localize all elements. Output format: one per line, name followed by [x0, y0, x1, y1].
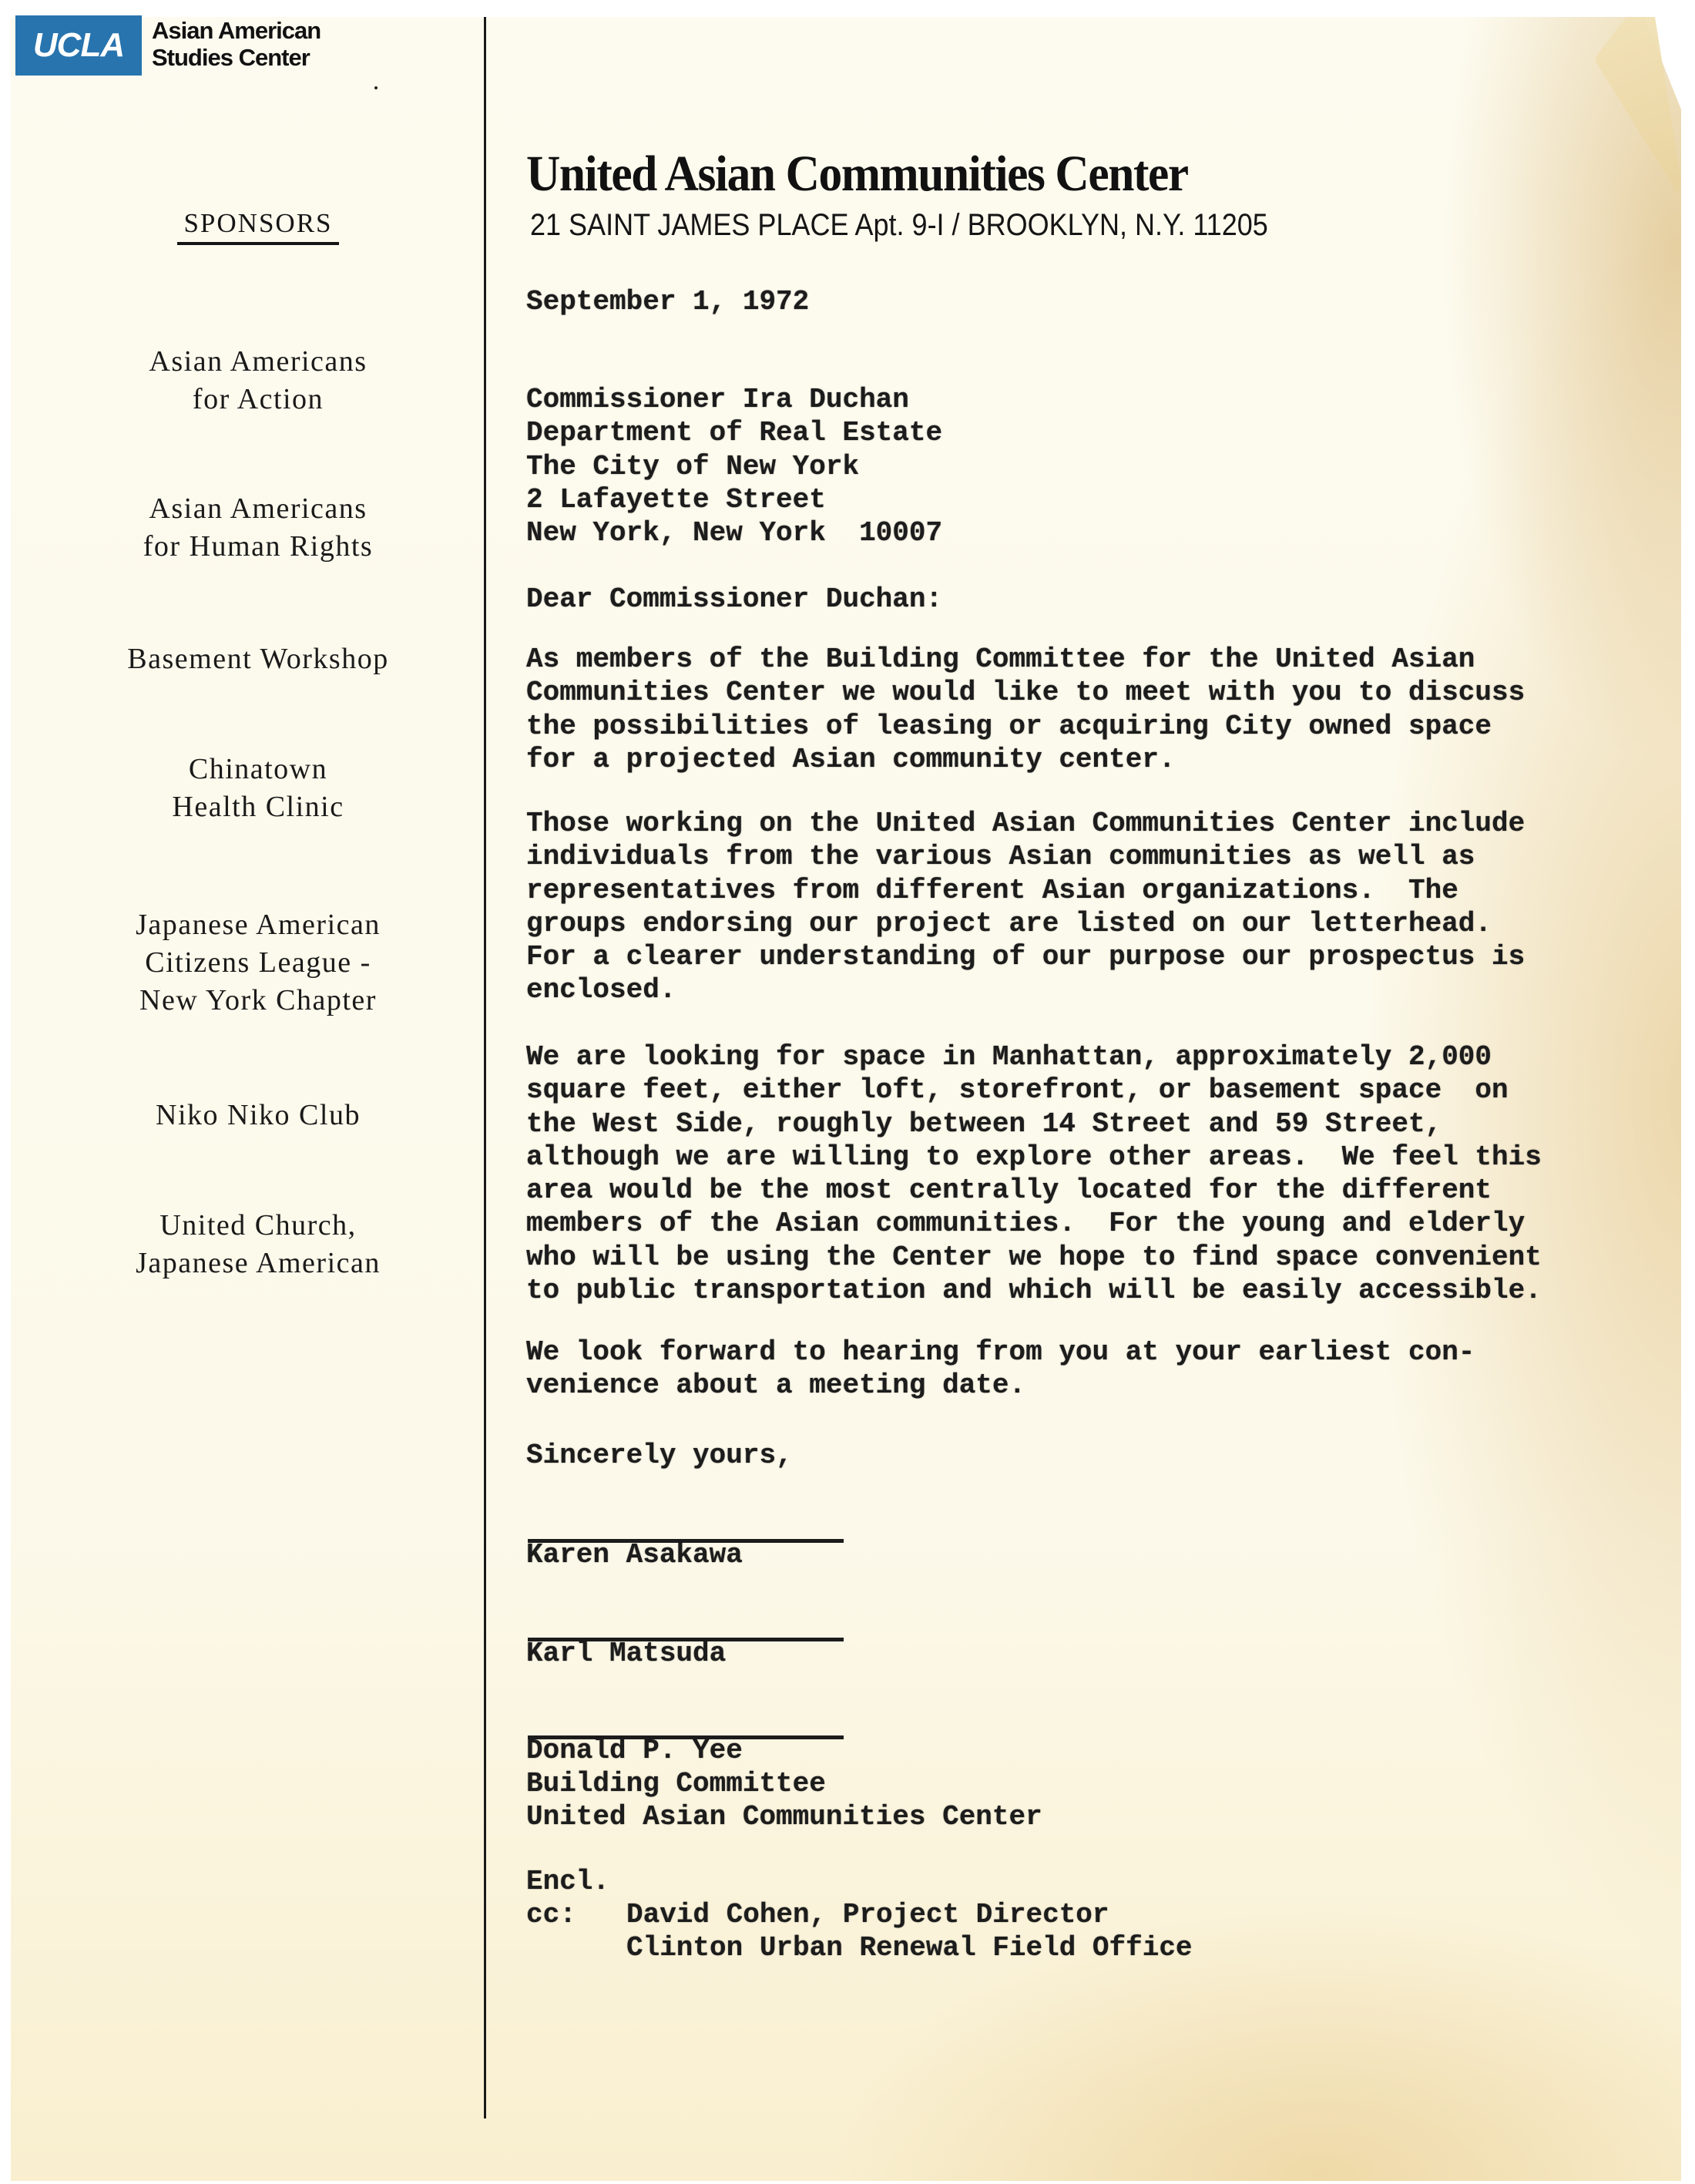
sponsor-line: Chinatown	[77, 751, 439, 788]
body-line: square feet, either loft, storefront, or…	[526, 1074, 1542, 1107]
sponsor-line: for Human Rights	[77, 528, 439, 566]
sponsor-line: for Action	[77, 381, 439, 418]
body-line: who will be using the Center we hope to …	[526, 1241, 1542, 1274]
sponsor-item: ChinatownHealth Clinic	[77, 751, 439, 826]
body-line: We look forward to hearing from you at y…	[526, 1336, 1475, 1369]
body-line: although we are willing to explore other…	[526, 1141, 1542, 1174]
body-line: enclosed.	[526, 973, 1525, 1006]
body-line: the possibilities of leasing or acquirin…	[526, 710, 1525, 743]
body-line: As members of the Building Committee for…	[526, 643, 1525, 676]
body-line: to public transportation and which will …	[526, 1274, 1542, 1307]
closing: Sincerely yours,	[526, 1439, 793, 1472]
body-line: the West Side, roughly between 14 Street…	[526, 1107, 1542, 1141]
archive-name-line1: Asian American	[152, 17, 321, 44]
ink-speck	[374, 86, 378, 89]
cc-recipient: David Cohen, Project Director	[626, 1898, 1109, 1931]
body-line: representatives from different Asian org…	[526, 874, 1525, 907]
body-line: individuals from the various Asian commu…	[526, 840, 1525, 873]
organization-name: United Asian Communities Center	[526, 145, 1188, 203]
sponsor-line: Basement Workshop	[77, 640, 439, 678]
recipient-line: Commissioner Ira Duchan	[526, 383, 942, 416]
signatory-name: Donald P. Yee	[526, 1734, 743, 1767]
sponsor-line: New York Chapter	[77, 982, 439, 1020]
archive-name-line2: Studies Center	[152, 44, 321, 71]
sponsor-item: United Church,Japanese American	[77, 1207, 439, 1282]
recipient-line: The City of New York	[526, 450, 942, 483]
sponsor-line: Asian Americans	[77, 490, 439, 528]
sponsor-line: Japanese American	[77, 1245, 439, 1282]
body-line: members of the Asian communities. For th…	[526, 1207, 1542, 1240]
sponsor-line: Japanese American	[77, 906, 439, 944]
body-paragraph: Those working on the United Asian Commun…	[526, 807, 1525, 1007]
body-paragraph: We are looking for space in Manhattan, a…	[526, 1040, 1542, 1307]
signatory-name: Karl Matsuda	[526, 1637, 726, 1670]
recipient-line: 2 Lafayette Street	[526, 483, 942, 516]
body-line: Those working on the United Asian Commun…	[526, 807, 1525, 840]
body-line: For a clearer understanding of our purpo…	[526, 940, 1525, 973]
sponsor-item: Asian Americansfor Human Rights	[77, 490, 439, 566]
recipient-line: Department of Real Estate	[526, 416, 942, 449]
body-line: for a projected Asian community center.	[526, 743, 1525, 776]
sponsor-item: Japanese AmericanCitizens League -New Yo…	[77, 906, 439, 1020]
signatory-name: Karen Asakawa	[526, 1538, 743, 1571]
body-line: area would be the most centrally located…	[526, 1174, 1542, 1207]
salutation: Dear Commissioner Duchan:	[526, 583, 942, 616]
organization-address: 21 SAINT JAMES PLACE Apt. 9-I / BROOKLYN…	[530, 208, 1268, 243]
letterhead-divider	[484, 17, 486, 2118]
cc-recipient-office: Clinton Urban Renewal Field Office	[626, 1931, 1193, 1964]
recipient-line: New York, New York 10007	[526, 516, 942, 549]
sponsor-line: United Church,	[77, 1207, 439, 1245]
body-paragraph: We look forward to hearing from you at y…	[526, 1336, 1475, 1403]
ucla-logo: UCLA	[15, 15, 142, 76]
body-line: groups endorsing our project are listed …	[526, 907, 1525, 940]
letter-date: September 1, 1972	[526, 285, 809, 318]
sponsor-line: Niko Niko Club	[77, 1097, 439, 1134]
archive-name: Asian American Studies Center	[152, 17, 321, 71]
signatory-title: Building Committee	[526, 1767, 826, 1800]
body-line: We are looking for space in Manhattan, a…	[526, 1040, 1542, 1074]
sponsors-heading: SPONSORS	[177, 208, 339, 245]
sponsor-item: Basement Workshop	[77, 640, 439, 678]
sponsor-line: Citizens League -	[77, 944, 439, 982]
enclosure-note: Encl.	[526, 1865, 609, 1898]
sponsor-item: Niko Niko Club	[77, 1097, 439, 1134]
signatory-organization: United Asian Communities Center	[526, 1800, 1042, 1833]
ucla-logo-mark: UCLA	[33, 26, 124, 65]
body-line: Communities Center we would like to meet…	[526, 676, 1525, 709]
sponsor-line: Health Clinic	[77, 788, 439, 826]
recipient-address: Commissioner Ira DuchanDepartment of Rea…	[526, 383, 942, 549]
body-paragraph: As members of the Building Committee for…	[526, 643, 1525, 776]
cc-label: cc:	[526, 1898, 576, 1931]
body-line: venience about a meeting date.	[526, 1369, 1475, 1402]
sponsor-item: Asian Americansfor Action	[77, 343, 439, 418]
sponsor-line: Asian Americans	[77, 343, 439, 381]
